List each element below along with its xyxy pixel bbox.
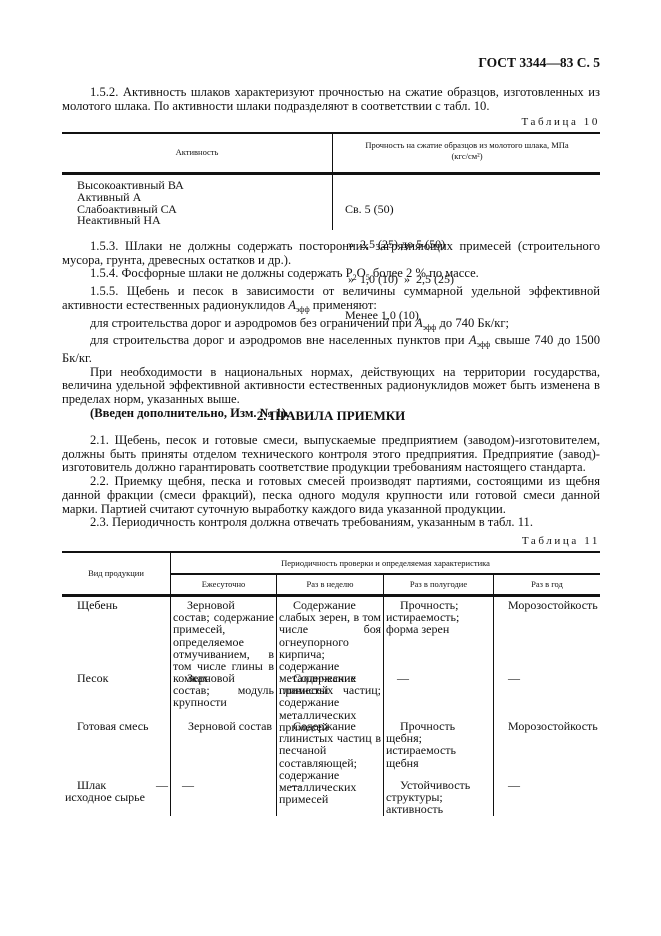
paragraph-1-5-3: 1.5.3. Шлаки не должны содержать посторо… — [62, 240, 600, 267]
table10-row: Св. 5 (50) — [345, 204, 454, 216]
table11-row4-halfyear: Устойчивость структуры; активность — [386, 779, 466, 816]
table11-caption: Таблица 11 — [522, 535, 600, 547]
header-strength-unit: (кгс/см²) — [334, 151, 600, 162]
text: более 2 % по массе. — [370, 266, 479, 280]
header-strength-text: Прочность на сжатие образцов из молотого… — [334, 140, 600, 151]
symbol-a: A — [469, 333, 477, 347]
table11-header-product: Вид продукции — [62, 568, 170, 579]
table11-divider-4 — [493, 573, 494, 816]
table11-row4-weekly: — — [290, 779, 380, 791]
subscript: эфф — [296, 305, 310, 314]
paragraph-2-2: 2.2. Приемку щебня, песка и готовых смес… — [62, 475, 600, 516]
paragraphs-1-5-3-to-1-5-5: 1.5.3. Шлаки не должны содержать посторо… — [62, 240, 600, 420]
table11-header-yearly: Раз в год — [494, 579, 600, 590]
table11-divider-2 — [276, 573, 277, 816]
table11-row4-product: Шлак — исходное сырье — [65, 779, 168, 803]
table11-row1-halfyear: Прочность; истираемость; форма зерен — [386, 599, 490, 636]
text: до 740 Бк/кг; — [436, 316, 509, 330]
table11-header-daily: Ежесуточно — [171, 579, 276, 590]
table11-divider-1 — [170, 551, 171, 816]
table11-header-group: Периодичность проверки и определяемая ха… — [171, 558, 600, 569]
text: 1.5.4. Фосфорные шлаки не должны содержа… — [90, 266, 353, 280]
table10-column-divider — [332, 132, 333, 230]
table11-row2-daily: Зерновой состав; модуль крупности — [173, 672, 274, 709]
table11-row1-yearly: Морозостойкость — [508, 599, 600, 611]
table11-row3-weekly: Содержание глинистых частиц в песчаной с… — [279, 720, 381, 805]
paragraph-1-5-2: 1.5.2. Активность шлаков характеризуют п… — [62, 86, 600, 113]
table11-row1-product: Щебень — [77, 599, 167, 611]
table11-row4-yearly: — — [508, 779, 598, 791]
table11-row2-halfyear: — — [397, 672, 487, 684]
table11-row2-product: Песок — [77, 672, 167, 684]
table11-top-border — [62, 551, 600, 553]
symbol-a: A — [415, 316, 423, 330]
table10-activity-column: Высокоактивный ВА Активный А Слабоактивн… — [77, 180, 184, 227]
table11-header-border — [62, 594, 600, 597]
page-header: ГОСТ 3344—83 С. 5 — [478, 55, 600, 71]
table10-caption: Таблица 10 — [521, 116, 600, 128]
table11-row2-yearly: — — [508, 672, 598, 684]
table11-header-weekly: Раз в неделю — [277, 579, 383, 590]
paragraphs-2-1-to-2-3: 2.1. Щебень, песок и готовые смеси, выпу… — [62, 434, 600, 530]
paragraph-1-5-5-item-1: для строительства дорог и аэродромов без… — [62, 317, 600, 335]
symbol-a: A — [288, 298, 296, 312]
table11-row3-yearly: Морозостойкость — [508, 720, 600, 732]
table11-row4-daily: — — [182, 779, 272, 791]
text: для строительства дорог и аэродромов без… — [90, 316, 415, 330]
table11-row3-halfyear: Прочность щебня; истираемость щебня — [386, 720, 490, 769]
table11-row3-daily: Зерновой состав — [188, 720, 274, 732]
text: применяют: — [310, 298, 377, 312]
table10-header-activity: Активность — [62, 147, 332, 158]
table11-header-halfyear: Раз в полугодие — [384, 579, 493, 590]
table10-row: Неактивный НА — [77, 215, 184, 227]
paragraph-1-5-5: 1.5.5. Щебень и песок в зависимости от в… — [62, 285, 600, 316]
subscript: эфф — [477, 340, 491, 349]
paragraph-2-3: 2.3. Периодичность контроля должна отвеч… — [62, 516, 600, 530]
table10-header-border — [62, 172, 600, 175]
table10-top-border — [62, 132, 600, 134]
table10-header-strength: Прочность на сжатие образцов из молотого… — [334, 140, 600, 162]
text: O — [357, 266, 366, 280]
subscript: эфф — [423, 323, 437, 332]
paragraph-1-5-4: 1.5.4. Фосфорные шлаки не должны содержа… — [62, 267, 600, 285]
table11-subheader-border — [170, 573, 600, 575]
text: для строительства дорог и аэродромов вне… — [90, 333, 469, 347]
table11-row3-product: Готовая смесь — [77, 720, 167, 732]
section-2-title: 2. ПРАВИЛА ПРИЕМКИ — [62, 408, 600, 424]
paragraph-1-5-5-item-2: для строительства дорог и аэродромов вне… — [62, 334, 600, 365]
paragraph-text: 1.5.2. Активность шлаков характеризуют п… — [62, 86, 600, 113]
paragraph-2-1: 2.1. Щебень, песок и готовые смеси, выпу… — [62, 434, 600, 475]
table11-divider-3 — [383, 573, 384, 816]
paragraph-1-5-5-note: При необходимости в национальных нормах,… — [62, 366, 600, 407]
